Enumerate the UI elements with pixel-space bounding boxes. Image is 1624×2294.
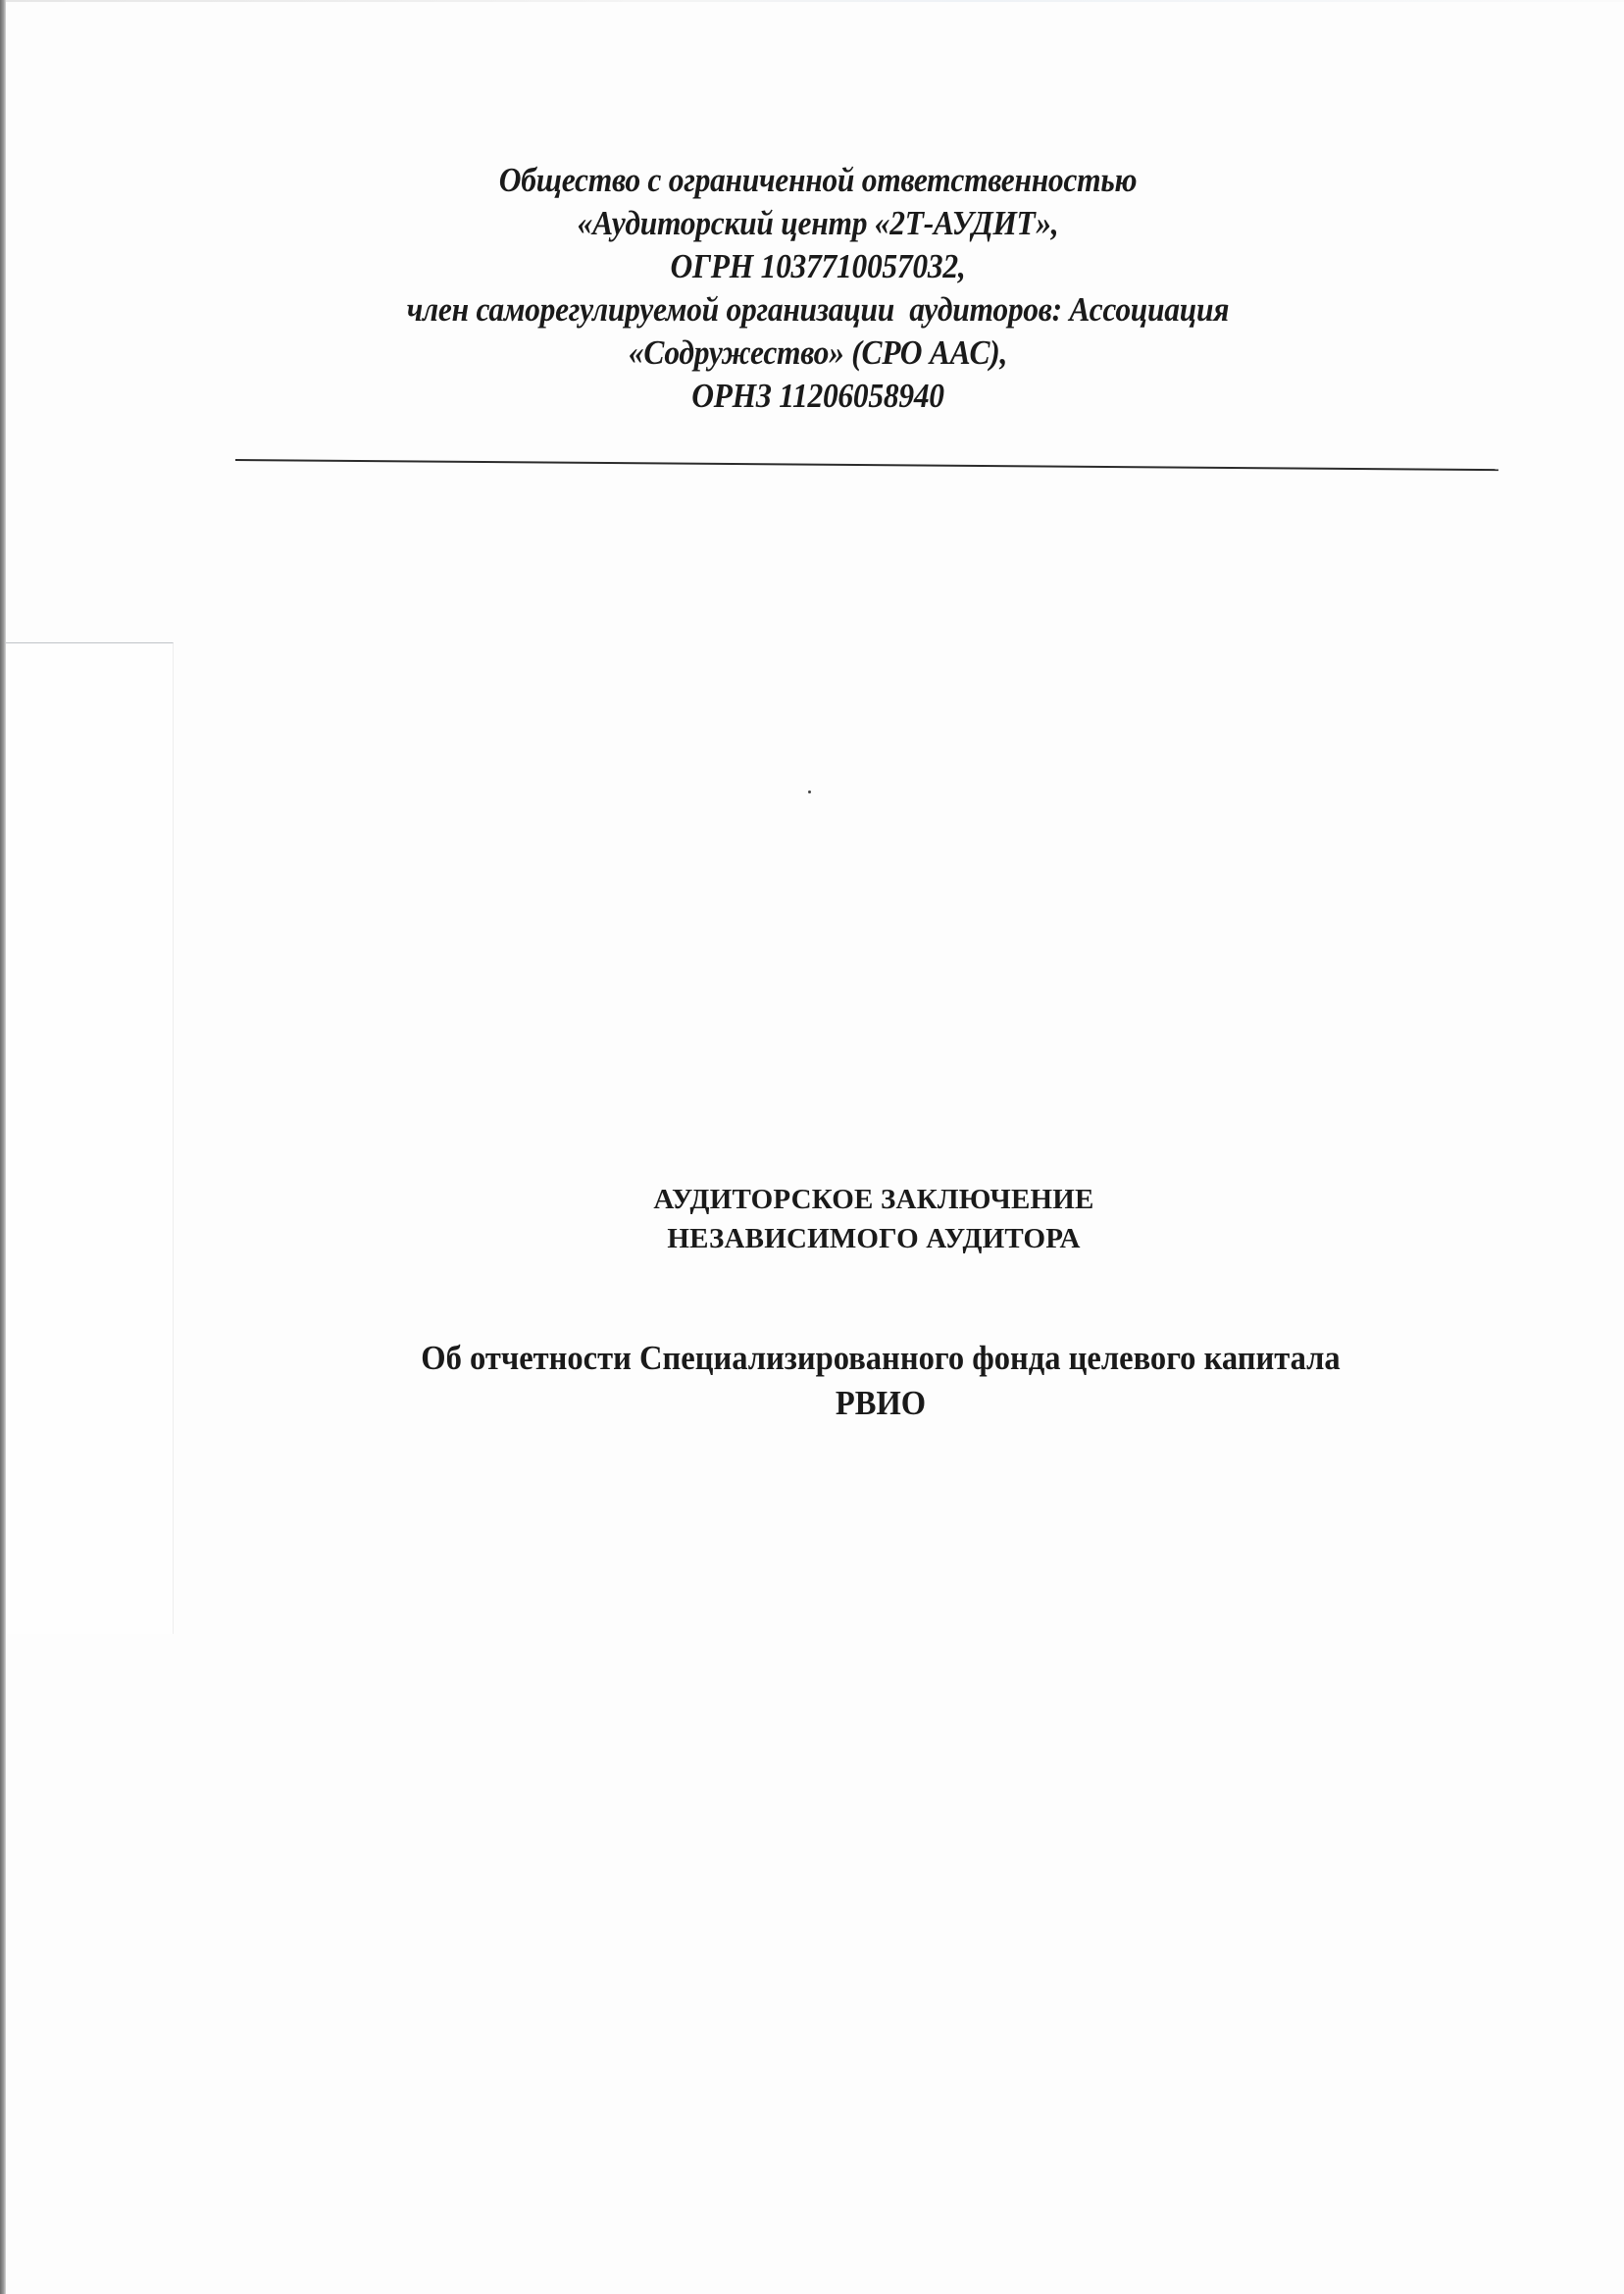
document-subtitle: Об отчетности Специализированного фонда … bbox=[62, 1336, 1624, 1426]
document-title-line-2: НЕЗАВИСИМОГО АУДИТОРА bbox=[0, 1219, 1624, 1258]
org-name: «Аудиторский центр «2Т-АУДИТ», bbox=[87, 202, 1548, 245]
overlapping-sheet-artifact bbox=[6, 642, 174, 1634]
org-ornz: ОРНЗ 11206058940 bbox=[87, 375, 1548, 418]
document-subtitle-line-1: Об отчетности Специализированного фонда … bbox=[62, 1336, 1624, 1381]
scan-top-edge bbox=[0, 0, 1624, 2]
document-title-line-1: АУДИТОРСКОЕ ЗАКЛЮЧЕНИЕ bbox=[0, 1180, 1624, 1219]
org-sro-name: «Содружество» (СРО ААС), bbox=[87, 331, 1548, 375]
document-title: АУДИТОРСКОЕ ЗАКЛЮЧЕНИЕ НЕЗАВИСИМОГО АУДИ… bbox=[0, 1180, 1624, 1258]
org-sro-membership: член саморегулируемой организации аудито… bbox=[87, 288, 1548, 331]
document-subtitle-line-2: РВИО bbox=[62, 1381, 1624, 1426]
org-ogrn: ОГРН 1037710057032, bbox=[87, 245, 1548, 288]
scan-speck bbox=[808, 790, 811, 793]
org-legal-form: Общество с ограниченной ответственностью bbox=[87, 159, 1548, 202]
header-divider bbox=[235, 459, 1498, 471]
auditor-organization-header: Общество с ограниченной ответственностью… bbox=[87, 159, 1548, 418]
